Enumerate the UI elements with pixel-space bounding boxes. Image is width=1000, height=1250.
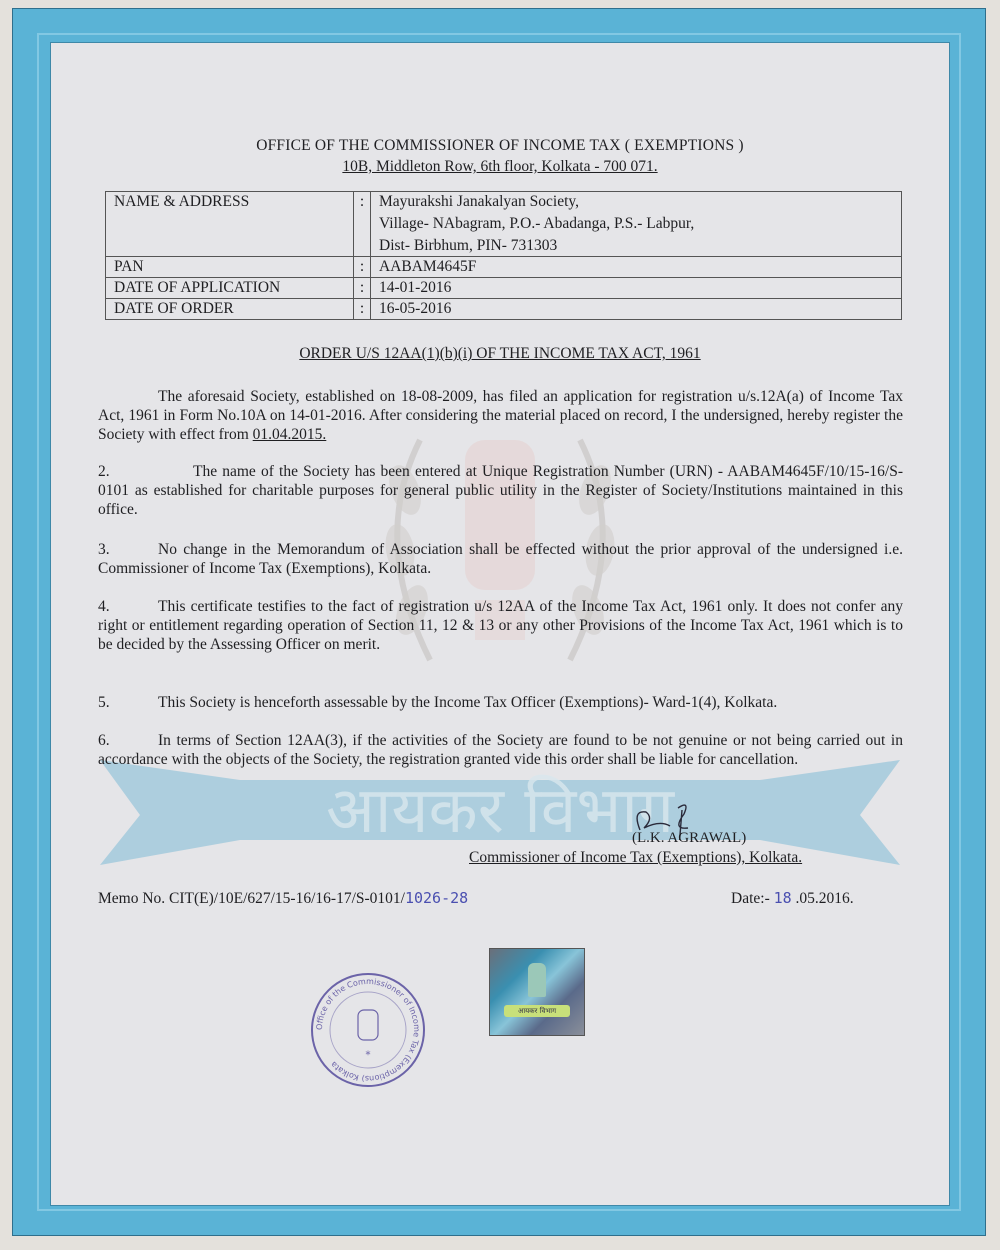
signatory-title: Commissioner of Income Tax (Exemptions),… [469,849,802,867]
label-name-address: NAME & ADDRESS [106,192,354,257]
table-row: DATE OF ORDER : 16-05-2016 [106,299,902,320]
svg-text:Office of the Commissioner of: Office of the Commissioner of Income Tax… [315,977,421,1083]
hologram-sticker: आयकर विभाग [489,948,585,1036]
memo-number: Memo No. CIT(E)/10E/627/15-16/16-17/S-01… [98,889,468,908]
label-pan: PAN [106,257,354,278]
paragraph-1: The aforesaid Society, established on 18… [98,387,903,444]
order-title: ORDER U/S 12AA(1)(b)(i) OF THE INCOME TA… [0,345,1000,363]
label-date-order: DATE OF ORDER [106,299,354,320]
office-address: 10B, Middleton Row, 6th floor, Kolkata -… [0,158,1000,176]
label-date-application: DATE OF APPLICATION [106,278,354,299]
effective-date: 01.04.2015. [253,426,327,443]
separator: : [354,192,371,257]
emblem-icon [528,963,546,997]
office-title: OFFICE OF THE COMMISSIONER OF INCOME TAX… [0,137,1000,155]
value-date-order: 16-05-2016 [371,299,902,320]
svg-text:*: * [366,1050,371,1061]
table-row: PAN : AABAM4645F [106,257,902,278]
paragraph-6: 6.In terms of Section 12AA(3), if the ac… [98,731,903,769]
value-name-address: Mayurakshi Janakalyan Society, Village- … [371,192,902,257]
info-table: NAME & ADDRESS : Mayurakshi Janakalyan S… [105,191,902,320]
table-row: DATE OF APPLICATION : 14-01-2016 [106,278,902,299]
table-row: NAME & ADDRESS : Mayurakshi Janakalyan S… [106,192,902,257]
separator: : [354,299,371,320]
paragraph-2: 2.The name of the Society has been enter… [98,462,903,519]
paragraph-3: 3.No change in the Memorandum of Associa… [98,540,903,578]
paragraph-5: 5.This Society is henceforth assessable … [98,693,903,712]
paragraph-4: 4.This certificate testifies to the fact… [98,597,903,654]
signatory-name: (L.K. AGRAWAL) [632,830,746,847]
separator: : [354,257,371,278]
value-date-application: 14-01-2016 [371,278,902,299]
value-pan: AABAM4645F [371,257,902,278]
memo-handwritten-number: 1026-28 [405,889,468,907]
memo-date: Date:- 18 .05.2016. [731,889,854,908]
separator: : [354,278,371,299]
office-seal-icon: Office of the Commissioner of Income Tax… [308,970,428,1090]
